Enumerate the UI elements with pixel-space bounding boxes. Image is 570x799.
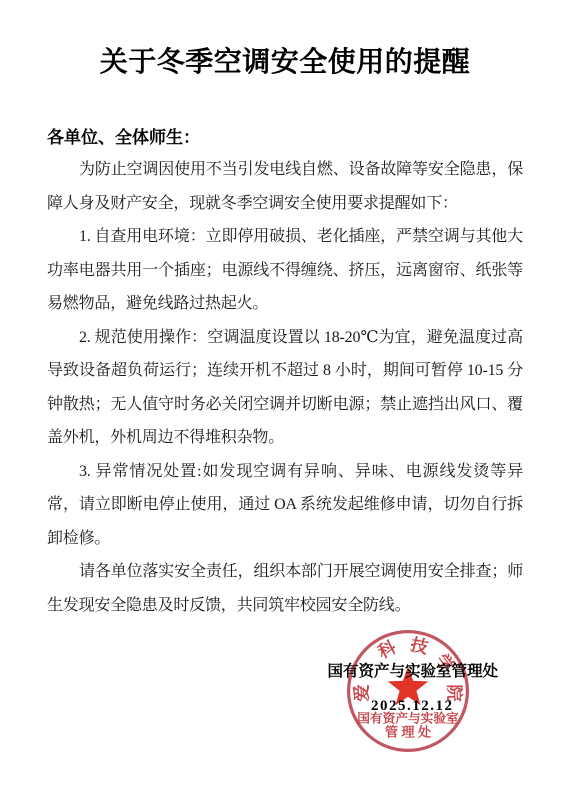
signature-date: 2025.12.12 (371, 698, 454, 715)
document-title: 关于冬季空调安全使用的提醒 (0, 0, 570, 80)
document-page: 关于冬季空调安全使用的提醒 各单位、全体师生： 为防止空调因使用不当引发电线自燃… (0, 0, 570, 799)
signature-department: 国有资产与实验室管理处 (327, 659, 498, 681)
paragraphs: 为防止空调因使用不当引发电线自燃、设备故障等安全隐患，保障人身及财产安全，现就冬… (47, 153, 523, 622)
paragraph-item-2: 2. 规范使用操作：空调温度设置以 18-20℃为宜，避免温度过高导致设备超负荷… (47, 321, 523, 455)
paragraph-closing: 请各单位落实安全责任，组织本部门开展空调使用安全排查；师生发现安全隐患及时反馈，… (47, 555, 523, 622)
paragraph-intro: 为防止空调因使用不当引发电线自燃、设备故障等安全隐患，保障人身及财产安全，现就冬… (47, 153, 523, 220)
seal-graphic: 爱 科 技 学 院 国有资产与实验室 管 理 处 (343, 626, 473, 756)
seal-arc-char-1: 爱 (351, 684, 371, 702)
document-body: 各单位、全体师生： 为防止空调因使用不当引发电线自燃、设备故障等安全隐患，保障人… (0, 127, 570, 622)
paragraph-item-1: 1. 自查用电环境：立即停用破损、老化插座，严禁空调与其他大功率电器共用一个插座… (47, 220, 523, 321)
salutation: 各单位、全体师生： (47, 127, 523, 149)
paragraph-item-3: 3. 异常情况处置:如发现空调有异响、异味、电源线发烫等异常，请立即断电停止使用… (47, 455, 523, 556)
seal-center-line2: 管 理 处 (385, 724, 432, 740)
official-seal-stamp: 爱 科 技 学 院 国有资产与实验室 管 理 处 (343, 626, 473, 756)
seal-arc-char-3: 技 (408, 634, 431, 658)
